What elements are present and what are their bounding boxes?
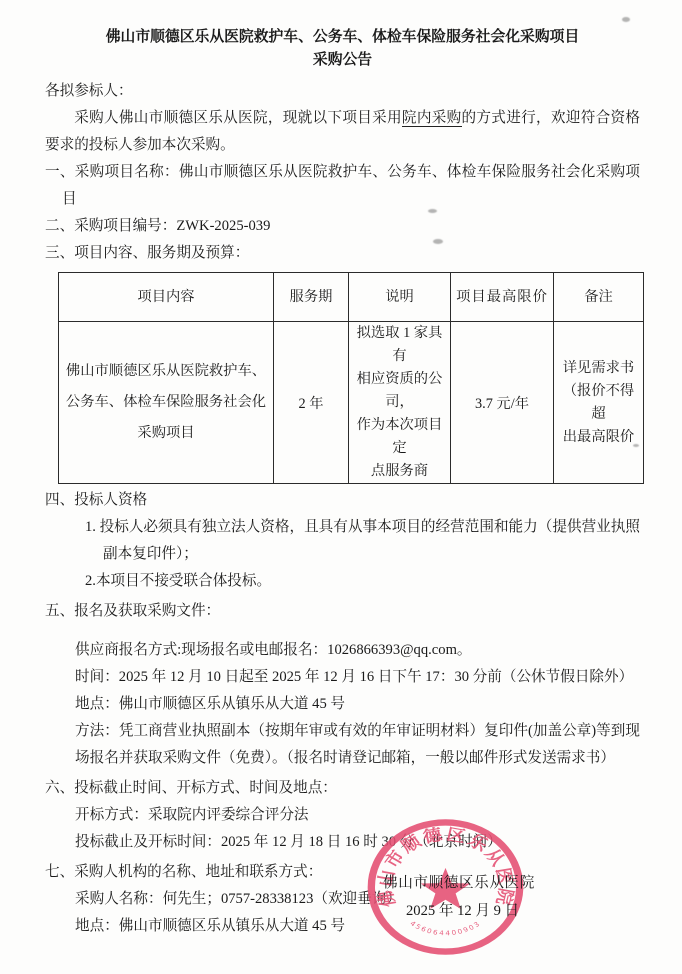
cell-service-period: 2 年: [274, 322, 349, 484]
table-header-row: 项目内容 服务期 说明 项目最高限价 备注: [59, 273, 644, 322]
section-7-heading: 七、采购人机构的名称、地址和联系方式：: [45, 859, 640, 886]
section-6-opening-method: 开标方式：采取院内评委综合评分法: [75, 802, 640, 829]
section-4-item-2: 2.本项目不接受联合体投标。: [85, 568, 640, 595]
cell-description: 拟选取 1 家具有 相应资质的公司， 作为本次项目定 点服务商: [349, 322, 451, 484]
intro-paragraph: 采购人佛山市顺德区乐从医院，现就以下项目采用院内采购的方式进行，欢迎符合资格要求…: [45, 105, 640, 159]
section-4-heading: 四、投标人资格: [45, 487, 640, 514]
header-max-price: 项目最高限价: [451, 273, 554, 322]
scan-noise-speck: [633, 444, 639, 447]
project-table: 项目内容 服务期 说明 项目最高限价 备注 佛山市顺德区乐从医院救护车、 公务车…: [58, 272, 644, 484]
scan-noise-speck: [622, 17, 630, 22]
section-5-heading: 五、报名及获取采购文件：: [45, 598, 640, 625]
salutation: 各拟参标人：: [45, 78, 640, 105]
header-remark: 备注: [554, 273, 644, 322]
section-5-registration-method: 供应商报名方式:现场报名或电邮报名：1026866393@qq.com。: [75, 637, 640, 664]
section-5-time: 时间：2025 年 12 月 10 日起至 2025 年 12 月 16 日下午…: [75, 664, 640, 691]
section-5-location: 地点：佛山市顺德区乐从镇乐从大道 45 号: [75, 691, 640, 718]
header-service-period: 服务期: [274, 273, 349, 322]
project-summary-table: 项目内容 服务期 说明 项目最高限价 备注 佛山市顺德区乐从医院救护车、 公务车…: [58, 272, 640, 484]
header-description: 说明: [349, 273, 451, 322]
section-1-project-name: 一、采购项目名称：佛山市顺德区乐从医院救护车、公务车、体检车保险服务社会化采购项…: [45, 159, 640, 213]
cell-max-price: 3.7 元/年: [451, 322, 554, 484]
scan-noise-speck: [428, 209, 437, 213]
signature-organization: 佛山市顺德区乐从医院: [383, 871, 535, 892]
section-5-method: 方法：凭工商营业执照副本（按期年审或有效的年审证明材料）复印件(加盖公章)等到现…: [75, 718, 640, 772]
cell-project-content: 佛山市顺德区乐从医院救护车、 公务车、体检车保险服务社会化 采购项目: [59, 322, 274, 484]
table-data-row: 佛山市顺德区乐从医院救护车、 公务车、体检车保险服务社会化 采购项目 2 年 拟…: [59, 322, 644, 484]
scan-noise-speck: [433, 239, 443, 244]
section-3-heading: 三、项目内容、服务期及预算：: [45, 240, 640, 267]
section-7-address: 地点：佛山市顺德区乐从镇乐从大道 45 号: [75, 913, 640, 940]
intro-underlined-term: 院内采购: [402, 110, 462, 127]
document-title-line1: 佛山市顺德区乐从医院救护车、公务车、体检车保险服务社会化采购项目: [45, 26, 640, 49]
signature-date: 2025 年 12 月 9 日: [406, 899, 519, 920]
intro-pre: 采购人佛山市顺德区乐从医院，现就以下项目采用: [74, 110, 402, 126]
procurement-announcement-document: 佛山市顺德区乐从医院救护车、公务车、体检车保险服务社会化采购项目 采购公告 各拟…: [0, 0, 682, 974]
cell-remark: 详见需求书 （报价不得超 出最高限价: [554, 322, 644, 484]
section-4-item-1: 1. 投标人必须具有独立法人资格，且具有从事本项目的经营范围和能力（提供营业执照…: [103, 514, 640, 568]
section-7-purchaser-contact: 采购人名称：何先生；0757-28338123（欢迎垂询）: [75, 886, 640, 913]
section-6-heading: 六、投标截止时间、开标方式、时间及地点：: [45, 775, 640, 802]
section-6-deadline: 投标截止及开标时间：2025 年 12 月 18 日 16 时 30 分（北京时…: [75, 829, 640, 856]
section-2-project-number: 二、采购项目编号：ZWK-2025-039: [45, 213, 640, 240]
header-project-content: 项目内容: [59, 273, 274, 322]
document-title-line2: 采购公告: [45, 49, 640, 72]
